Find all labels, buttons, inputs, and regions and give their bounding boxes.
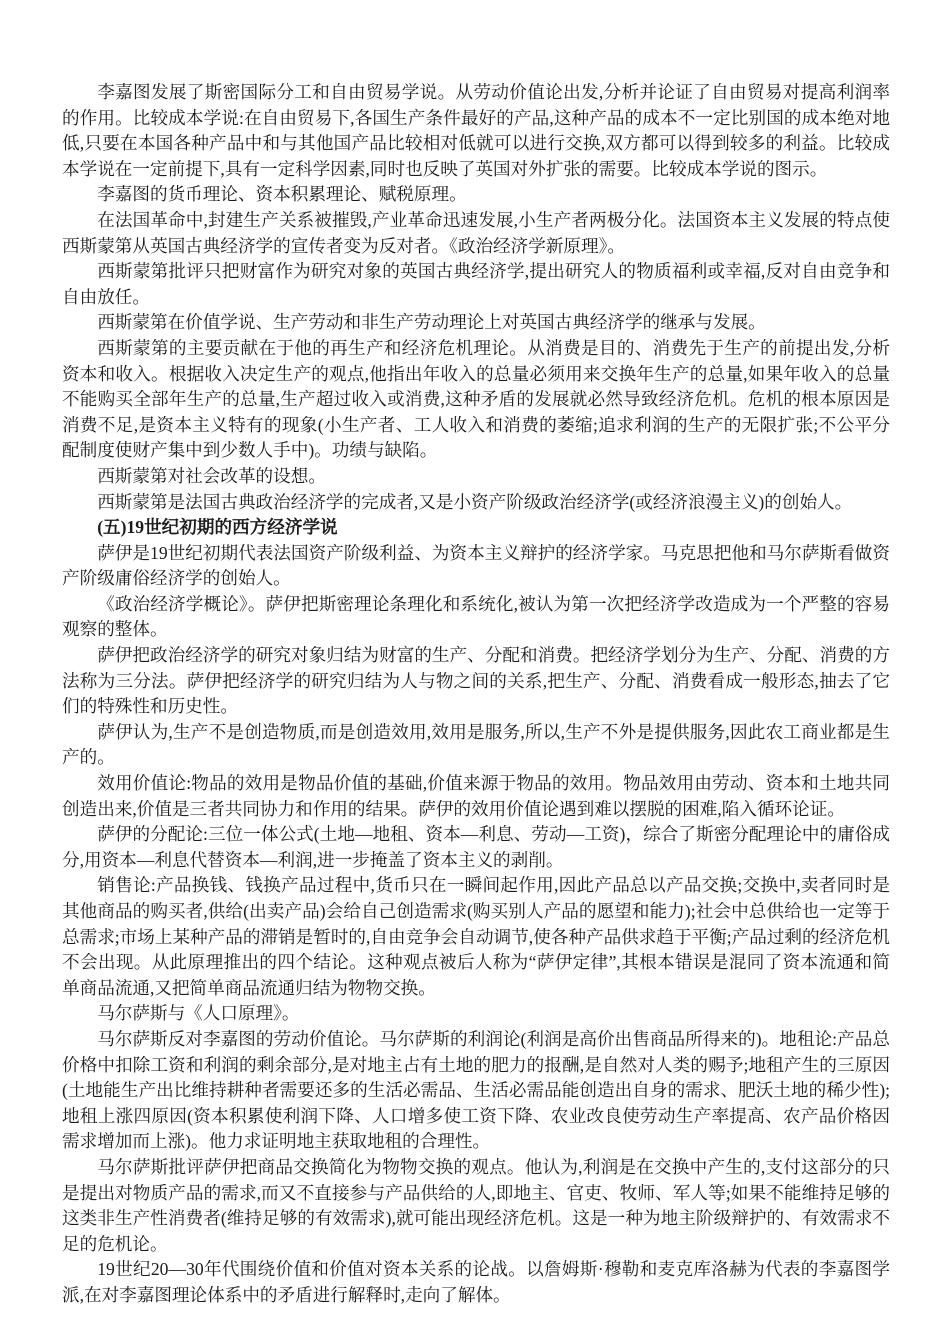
paragraph: 19世纪20—30年代围绕价值和价值对资本关系的论战。以詹姆斯·穆勒和麦克库洛赫…: [62, 1257, 890, 1308]
paragraph: 萨伊把政治经济学的研究对象归结为财富的生产、分配和消费。把经济学划分为生产、分配…: [62, 643, 890, 720]
document-page: 李嘉图发展了斯密国际分工和自由贸易学说。从劳动价值论出发,分析并论证了自由贸易对…: [0, 0, 950, 1344]
paragraph: 李嘉图发展了斯密国际分工和自由贸易学说。从劳动价值论出发,分析并论证了自由贸易对…: [62, 80, 890, 182]
paragraph: 萨伊的分配论:三位一体公式(土地—地租、资本—利息、劳动—工资)，综合了斯密分配…: [62, 822, 890, 873]
paragraph: 效用价值论:物品的效用是物品价值的基础,价值来源于物品的效用。物品效用由劳动、资…: [62, 771, 890, 822]
paragraph: 萨伊认为,生产不是创造物质,而是创造效用,效用是服务,所以,生产不外是提供服务,…: [62, 720, 890, 771]
paragraph: 马尔萨斯批评萨伊把商品交换简化为物物交换的观点。他认为,利润是在交换中产生的,支…: [62, 1155, 890, 1257]
paragraph: 西斯蒙第批评只把财富作为研究对象的英国古典经济学,提出研究人的物质福利或幸福,反…: [62, 259, 890, 310]
paragraph: 西斯蒙第在价值学说、生产劳动和非生产劳动理论上对英国古典经济学的继承与发展。: [62, 310, 890, 336]
paragraph: 《政治经济学概论》。萨伊把斯密理论条理化和系统化,被认为第一次把经济学改造成为一…: [62, 592, 890, 643]
paragraph: 西斯蒙第对社会改革的设想。: [62, 464, 890, 490]
section-heading: (五)19世纪初期的西方经济学说: [62, 515, 890, 541]
paragraph: 李嘉图的货币理论、资本积累理论、赋税原理。: [62, 182, 890, 208]
paragraph: 马尔萨斯反对李嘉图的劳动价值论。马尔萨斯的利润论(利润是高价出售商品所得来的)。…: [62, 1027, 890, 1155]
paragraph: 马尔萨斯与《人口原理》。: [62, 1001, 890, 1027]
paragraph: 萨伊是19世纪初期代表法国资产阶级利益、为资本主义辩护的经济学家。马克思把他和马…: [62, 541, 890, 592]
paragraph: 西斯蒙第的主要贡献在于他的再生产和经济危机理论。从消费是目的、消费先于生产的前提…: [62, 336, 890, 464]
paragraph: 西斯蒙第是法国古典政治经济学的完成者,又是小资产阶级政治经济学(或经济浪漫主义)…: [62, 490, 890, 516]
paragraph: 销售论:产品换钱、钱换产品过程中,货币只在一瞬间起作用,因此产品总以产品交换;交…: [62, 873, 890, 1001]
paragraph: 在法国革命中,封建生产关系被摧毁,产业革命迅速发展,小生产者两极分化。法国资本主…: [62, 208, 890, 259]
document-body: 李嘉图发展了斯密国际分工和自由贸易学说。从劳动价值论出发,分析并论证了自由贸易对…: [62, 80, 890, 1309]
